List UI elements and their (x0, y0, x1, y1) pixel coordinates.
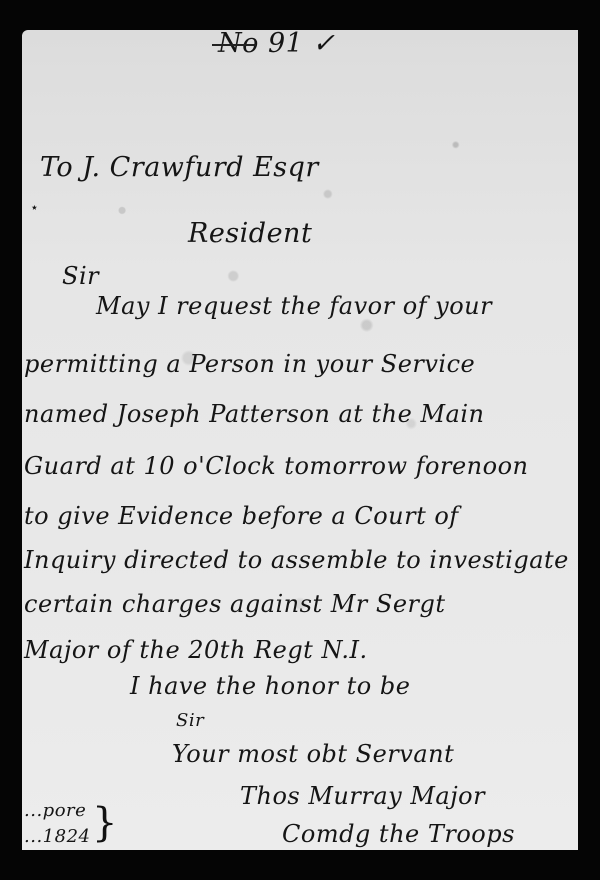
body-line-3: named Joseph Patterson at the Main (24, 400, 484, 428)
signature-title: Comdg the Troops (282, 820, 515, 848)
signature: Thos Murray Major (240, 782, 485, 810)
body-line-2: permitting a Person in your Service (24, 350, 475, 378)
margin-note-line-2: ...1824 (24, 826, 90, 847)
addressee: To J. Crawfurd Esqr (40, 152, 319, 183)
closing-servant: Your most obt Servant (172, 740, 454, 768)
closing-line-1: I have the honor to be (130, 672, 410, 700)
body-line-6: Inquiry directed to assemble to investig… (24, 546, 569, 574)
body-line-8: Major of the 20th Regt N.I. (24, 636, 368, 664)
body-line-1: May I request the favor of your (96, 292, 492, 320)
margin-mark: ⋆ (30, 200, 39, 216)
docket-strike (212, 44, 256, 46)
margin-note-line-1: ...pore (24, 800, 86, 821)
salutation: Sir (62, 262, 99, 290)
addressee-title: Resident (188, 218, 312, 249)
body-line-5: to give Evidence before a Court of (24, 502, 459, 530)
closing-sir: Sir (176, 710, 204, 731)
body-line-4: Guard at 10 o'Clock tomorrow forenoon (24, 452, 529, 480)
margin-brace: } (92, 800, 117, 846)
body-line-7: certain charges against Mr Sergt (24, 590, 446, 618)
